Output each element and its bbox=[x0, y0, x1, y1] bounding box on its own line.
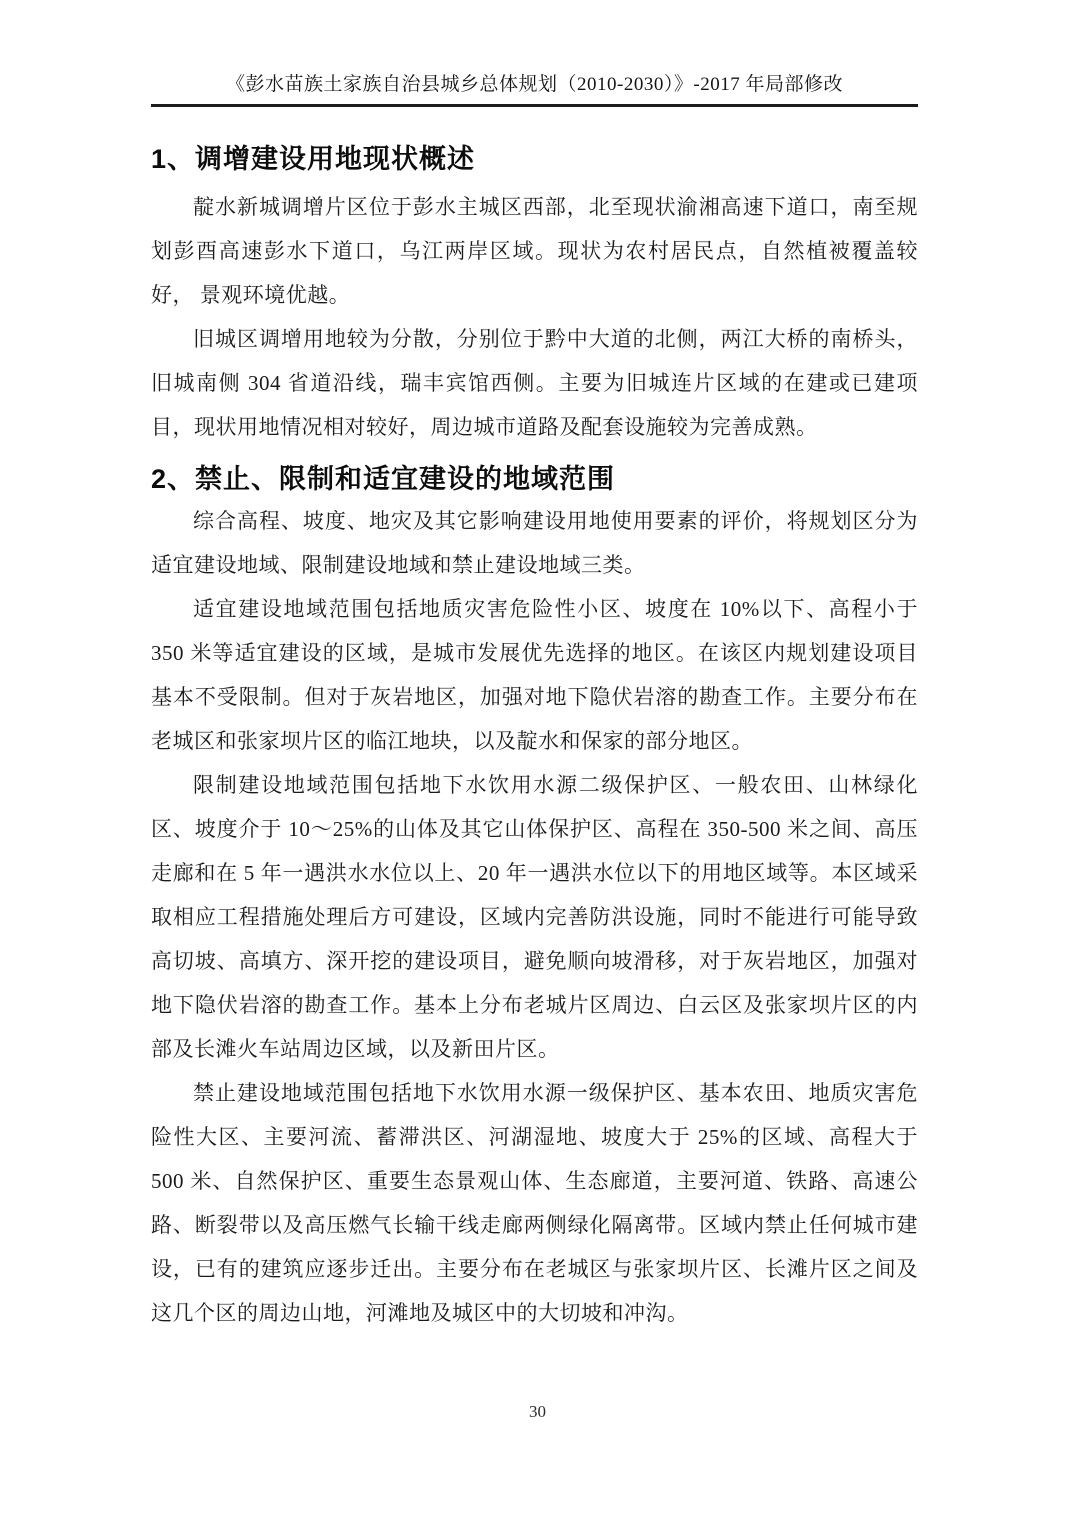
header-divider-rule bbox=[151, 104, 918, 107]
document-page: 《彭水苗族土家族自治县城乡总体规划（2010-2030）》-2017 年局部修改… bbox=[0, 0, 1075, 1520]
page-header: 《彭水苗族土家族自治县城乡总体规划（2010-2030）》-2017 年局部修改 bbox=[151, 0, 918, 98]
section-2-paragraph-1: 综合高程、坡度、地灾及其它影响建设用地使用要素的评价，将规划区分为适宜建设地域、… bbox=[151, 499, 918, 587]
section-2-paragraph-2: 适宜建设地域范围包括地质灾害危险性小区、坡度在 10%以下、高程小于 350 米… bbox=[151, 587, 918, 763]
section-1-heading: 1、调增建设用地现状概述 bbox=[151, 139, 918, 179]
section-1-paragraph-1: 靛水新城调增片区位于彭水主城区西部，北至现状渝湘高速下道口，南至规划彭酉高速彭水… bbox=[151, 185, 918, 317]
page-number: 30 bbox=[0, 1402, 1075, 1422]
document-body: 1、调增建设用地现状概述 靛水新城调增片区位于彭水主城区西部，北至现状渝湘高速下… bbox=[151, 139, 918, 1335]
section-2-paragraph-3: 限制建设地域范围包括地下水饮用水源二级保护区、一般农田、山林绿化区、坡度介于 1… bbox=[151, 763, 918, 1071]
section-2-paragraph-4: 禁止建设地域范围包括地下水饮用水源一级保护区、基本农田、地质灾害危险性大区、主要… bbox=[151, 1071, 918, 1335]
running-header-title: 《彭水苗族土家族自治县城乡总体规划（2010-2030）》-2017 年局部修改 bbox=[151, 72, 918, 98]
section-2-heading: 2、禁止、限制和适宜建设的地域范围 bbox=[151, 459, 918, 499]
section-1-paragraph-2: 旧城区调增用地较为分散，分别位于黔中大道的北侧，两江大桥的南桥头，旧城南侧 30… bbox=[151, 317, 918, 449]
